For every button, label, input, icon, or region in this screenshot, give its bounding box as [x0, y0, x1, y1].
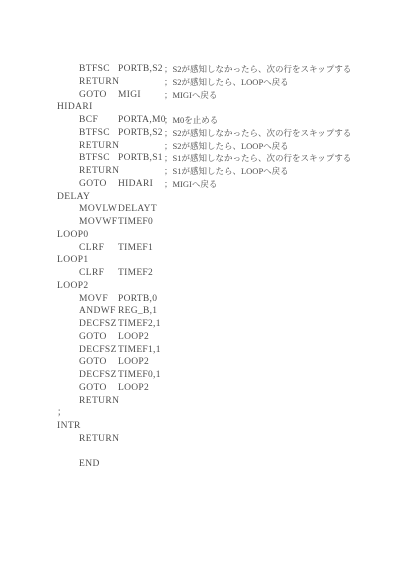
code-line: RETURN: [0, 395, 410, 408]
code-opcode: BCF: [79, 114, 98, 127]
code-opcode: RETURN: [79, 433, 119, 446]
code-line: CLRF TIMEF2: [0, 267, 410, 280]
code-line: RETURN ；S2が感知したら、LOOPへ戻る: [0, 76, 410, 89]
code-operand: PORTB,S2: [118, 63, 163, 76]
code-opcode: MOVWF: [79, 216, 117, 229]
code-opcode: RETURN: [79, 165, 119, 178]
code-comment: ；S2が感知したら、LOOPへ戻る: [164, 76, 289, 89]
code-line: ；: [0, 407, 410, 420]
code-opcode: CLRF: [79, 242, 104, 255]
code-opcode: MOVF: [79, 293, 108, 306]
code-line: BTFSC PORTB,S1 ；S1が感知しなかったら、次の行をスキップする: [0, 152, 410, 165]
code-operand: PORTB,S2: [118, 127, 163, 140]
code-label: ；: [57, 407, 67, 420]
code-line: RETURN ；S2が感知したら、LOOPへ戻る: [0, 140, 410, 153]
code-line: BCF PORTA,M0 ；M0を止める: [0, 114, 410, 127]
code-line: GOTO MIGI ；MIGIへ戻る: [0, 89, 410, 102]
code-operand: PORTB,0: [118, 293, 157, 306]
code-line: LOOP2: [0, 280, 410, 293]
code-line: GOTO HIDARI ；MIGIへ戻る: [0, 178, 410, 191]
code-operand: DELAYT: [118, 203, 157, 216]
code-opcode: DECFSZ: [79, 318, 117, 331]
code-opcode: RETURN: [79, 140, 119, 153]
code-opcode: MOVLW: [79, 203, 117, 216]
code-opcode: GOTO: [79, 382, 107, 395]
code-opcode: ANDWF: [79, 305, 116, 318]
code-operand: HIDARI: [118, 178, 153, 191]
code-line: DECFSZ TIMEF0,1: [0, 369, 410, 382]
document-page: BTFSC PORTB,S2 ；S2が感知しなかったら、次の行をスキップする R…: [0, 0, 410, 580]
code-opcode: GOTO: [79, 178, 107, 191]
code-line: ANDWF REG_B,1: [0, 305, 410, 318]
code-operand: TIMEF2: [118, 267, 153, 280]
code-operand: REG_B,1: [118, 305, 157, 318]
code-label: HIDARI: [57, 101, 93, 114]
assembly-code-listing: BTFSC PORTB,S2 ；S2が感知しなかったら、次の行をスキップする R…: [0, 63, 410, 471]
code-operand: LOOP2: [118, 356, 149, 369]
code-line: DECFSZ TIMEF2,1: [0, 318, 410, 331]
code-opcode: CLRF: [79, 267, 104, 280]
code-opcode: BTFSC: [79, 127, 110, 140]
code-operand: TIMEF0,1: [118, 369, 161, 382]
code-line: GOTO LOOP2: [0, 331, 410, 344]
code-line: GOTO LOOP2: [0, 382, 410, 395]
code-operand: MIGI: [118, 89, 141, 102]
code-line: CLRF TIMEF1: [0, 242, 410, 255]
code-operand: TIMEF0: [118, 216, 153, 229]
code-operand: PORTA,M0: [118, 114, 166, 127]
code-line: DECFSZ TIMEF1,1: [0, 344, 410, 357]
code-opcode: GOTO: [79, 356, 107, 369]
code-line: END: [0, 458, 410, 471]
code-label: LOOP1: [57, 254, 89, 267]
code-comment: ；M0を止める: [164, 114, 218, 127]
code-opcode: RETURN: [79, 395, 119, 408]
code-line: LOOP1: [0, 254, 410, 267]
code-opcode: END: [79, 458, 100, 471]
code-opcode: DECFSZ: [79, 369, 117, 382]
code-line: BTFSC PORTB,S2 ；S2が感知しなかったら、次の行をスキップする: [0, 63, 410, 76]
code-comment: ；S2が感知しなかったら、次の行をスキップする: [164, 127, 351, 140]
code-opcode: DECFSZ: [79, 344, 117, 357]
code-opcode: BTFSC: [79, 63, 110, 76]
code-label: DELAY: [57, 191, 90, 204]
code-line: INTR: [0, 420, 410, 433]
code-operand: TIMEF1,1: [118, 344, 161, 357]
code-operand: PORTB,S1: [118, 152, 163, 165]
code-line: RETURN ；S1が感知したら、LOOPへ戻る: [0, 165, 410, 178]
code-operand: TIMEF2,1: [118, 318, 161, 331]
code-line: RETURN: [0, 433, 410, 446]
code-label: LOOP0: [57, 229, 89, 242]
code-operand: LOOP2: [118, 382, 149, 395]
code-opcode: BTFSC: [79, 152, 110, 165]
code-label: LOOP2: [57, 280, 89, 293]
code-opcode: GOTO: [79, 331, 107, 344]
code-opcode: GOTO: [79, 89, 107, 102]
code-opcode: RETURN: [79, 76, 119, 89]
code-comment: ；S1が感知したら、LOOPへ戻る: [164, 165, 289, 178]
code-comment: ；S1が感知しなかったら、次の行をスキップする: [164, 152, 351, 165]
code-line: BTFSC PORTB,S2 ；S2が感知しなかったら、次の行をスキップする: [0, 127, 410, 140]
code-line: MOVWF TIMEF0: [0, 216, 410, 229]
code-line: GOTO LOOP2: [0, 356, 410, 369]
code-line: MOVF PORTB,0: [0, 293, 410, 306]
code-line: LOOP0: [0, 229, 410, 242]
code-line: DELAY: [0, 191, 410, 204]
code-line: HIDARI: [0, 101, 410, 114]
code-line: [0, 446, 410, 459]
code-line: MOVLW DELAYT: [0, 203, 410, 216]
code-operand: LOOP2: [118, 331, 149, 344]
code-comment: ；MIGIへ戻る: [164, 89, 217, 102]
code-operand: TIMEF1: [118, 242, 153, 255]
code-comment: ；S2が感知したら、LOOPへ戻る: [164, 140, 289, 153]
code-comment: ；S2が感知しなかったら、次の行をスキップする: [164, 63, 351, 76]
code-comment: ；MIGIへ戻る: [164, 178, 217, 191]
code-label: INTR: [57, 420, 81, 433]
